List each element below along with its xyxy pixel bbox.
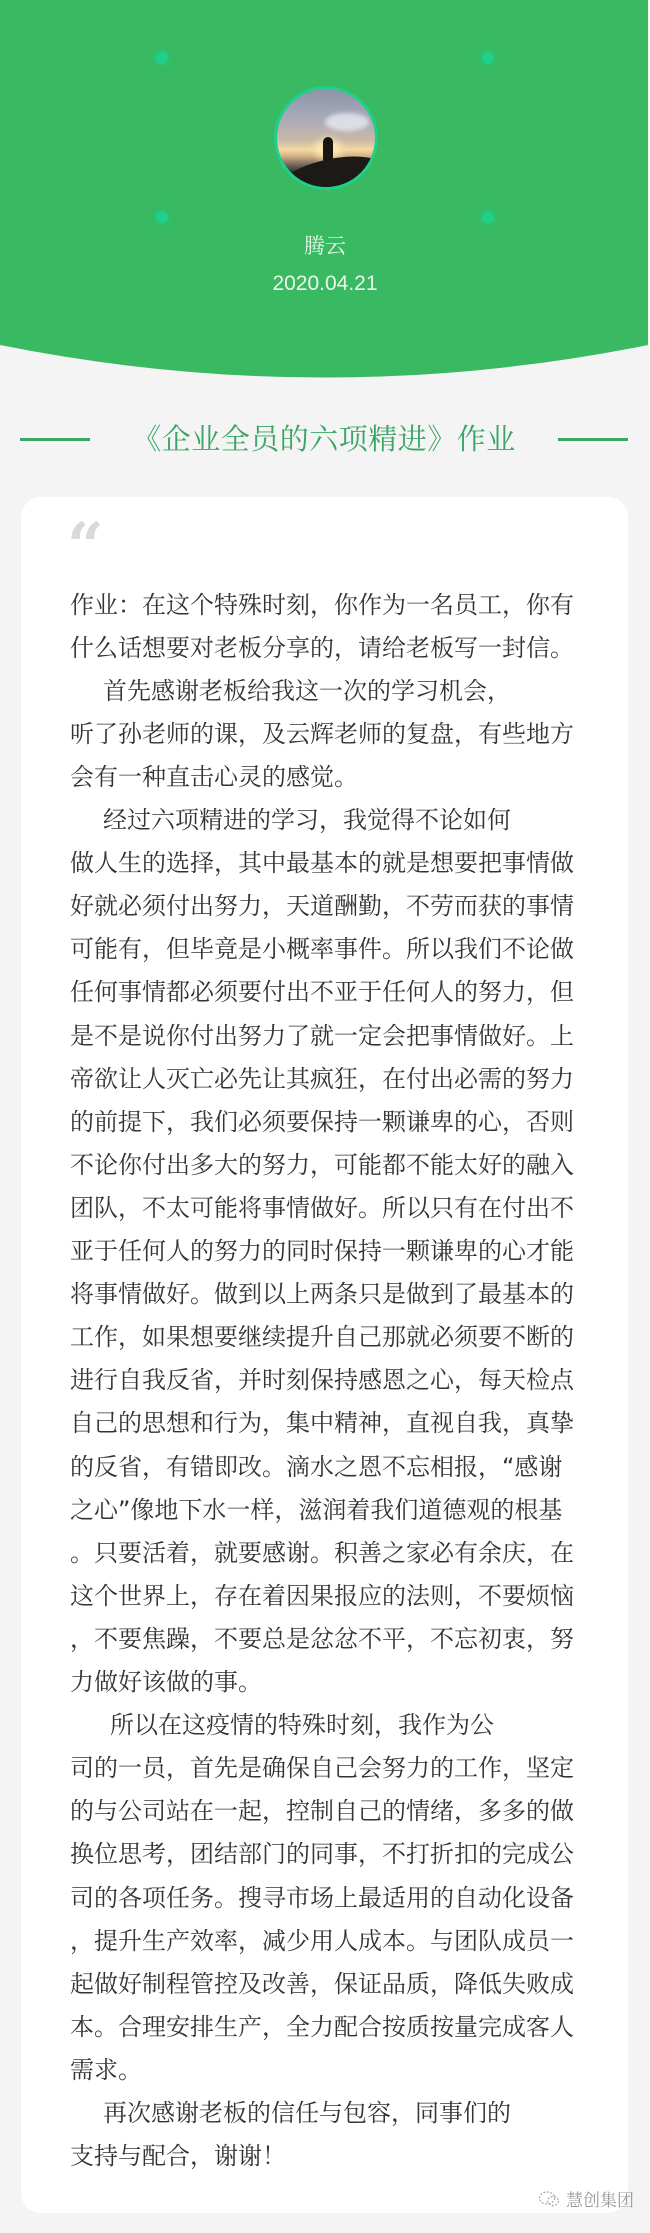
letter-line: 支持与配合，谢谢！ [70, 2135, 286, 2178]
letter-line: 可能有，但毕竟是小概率事件。所以我们不论做 [70, 928, 574, 971]
avatar-cloud [325, 113, 369, 131]
letter-line: 做人生的选择，其中最基本的就是想要把事情做 [70, 842, 574, 885]
letter-line: 经过六项精进的学习，我觉得不论如何 [103, 799, 511, 842]
letter-line: 这个世界上，存在着因果报应的法则，不要烦恼 [70, 1575, 574, 1618]
user-name: 腾云 [0, 232, 650, 260]
letter-line: 的反省，有错即改。滴水之恩不忘相报，“感谢 [70, 1446, 562, 1489]
letter-line: 再次感谢老板的信任与包容，同事们的 [103, 2092, 511, 2135]
avatar-person-silhouette [323, 137, 333, 161]
letter-line: 司的各项任务。搜寻市场上最适用的自动化设备 [70, 1877, 574, 1920]
watermark: 慧创集团 [538, 2186, 634, 2211]
letter-line: 力做好该做的事。 [70, 1661, 262, 1704]
letter-line: 进行自我反省，并时刻保持感恩之心，每天检点 [70, 1359, 574, 1402]
quote-mark-icon: “ [67, 515, 104, 579]
letter-line: ，提升生产效率，减少用人成本。与团队成员一 [70, 1920, 574, 1963]
letter-line: 是不是说你付出努力了就一定会把事情做好。上 [70, 1015, 574, 1058]
letter-line: 自己的思想和行为，集中精神，直视自我，真挚 [70, 1402, 574, 1445]
letter-line: 起做好制程管控及改善，保证品质，降低失败成 [70, 1963, 574, 2006]
decor-dot-icon [482, 211, 494, 223]
letter-line: 之心”像地下水一样，滋润着我们道德观的根基 [70, 1489, 562, 1532]
letter-line: 好就必须付出努力，天道酬勤，不劳而获的事情 [70, 885, 574, 928]
letter-line: 。只要活着，就要感谢。积善之家必有余庆，在 [70, 1532, 574, 1575]
letter-line: 团队，不太可能将事情做好。所以只有在付出不 [70, 1187, 574, 1230]
avatar[interactable] [274, 86, 378, 190]
title-divider-right [558, 438, 628, 441]
wechat-icon [538, 2190, 560, 2208]
watermark-text: 慧创集团 [566, 2186, 634, 2211]
letter-line: 的前提下，我们必须要保持一颗谦卑的心，否则 [70, 1101, 574, 1144]
letter-line: ，不要焦躁，不要总是忿忿不平，不忘初衷，努 [70, 1618, 574, 1661]
decor-dot-icon [482, 52, 494, 64]
title-divider-left [20, 438, 90, 441]
letter-line: 听了孙老师的课，及云辉老师的复盘，有些地方 [70, 713, 574, 756]
letter-line: 需求。 [70, 2049, 142, 2092]
profile-header: 腾云 2020.04.21 [0, 0, 650, 380]
letter-line: 帝欲让人灭亡必先让其疯狂，在付出必需的努力 [70, 1058, 574, 1101]
decor-dot-icon [156, 211, 168, 223]
letter-line: 亚于任何人的努力的同时保持一颗谦卑的心才能 [70, 1230, 574, 1273]
header-background [0, 0, 650, 380]
post-date: 2020.04.21 [0, 270, 650, 298]
letter-line: 司的一员，首先是确保自己会努力的工作，坚定 [70, 1747, 574, 1790]
letter-line: 不论你付出多大的努力，可能都不能太好的融入 [70, 1144, 574, 1187]
letter-line: 首先感谢老板给我这一次的学习机会， [103, 670, 511, 713]
letter-line: 什么话想要对老板分享的，请给老板写一封信。 [70, 627, 574, 670]
letter-line: 作业：在这个特殊时刻，你作为一名员工，你有 [70, 584, 574, 627]
letter-line: 换位思考，团结部门的同事，不打折扣的完成公 [70, 1833, 574, 1876]
letter-line: 将事情做好。做到以上两条只是做到了最基本的 [70, 1273, 574, 1316]
letter-line: 工作，如果想要继续提升自己那就必须要不断的 [70, 1316, 574, 1359]
assignment-title: 《企业全员的六项精进》作业 [132, 418, 516, 460]
letter-line: 所以在这疫情的特殊时刻，我作为公 [110, 1704, 494, 1747]
decor-dot-icon [156, 52, 168, 64]
letter-line: 任何事情都必须要付出不亚于任何人的努力，但 [70, 971, 574, 1014]
letter-line: 会有一种直击心灵的感觉。 [70, 756, 358, 799]
letter-line: 本。合理安排生产，全力配合按质按量完成客人 [70, 2006, 574, 2049]
letter-card: “ 作业：在这个特殊时刻，你作为一名员工，你有什么话想要对老板分享的，请给老板写… [21, 497, 628, 2213]
section-title: 《企业全员的六项精进》作业 [20, 418, 628, 460]
letter-line: 的与公司站在一起，控制自己的情绪，多多的做 [70, 1790, 574, 1833]
